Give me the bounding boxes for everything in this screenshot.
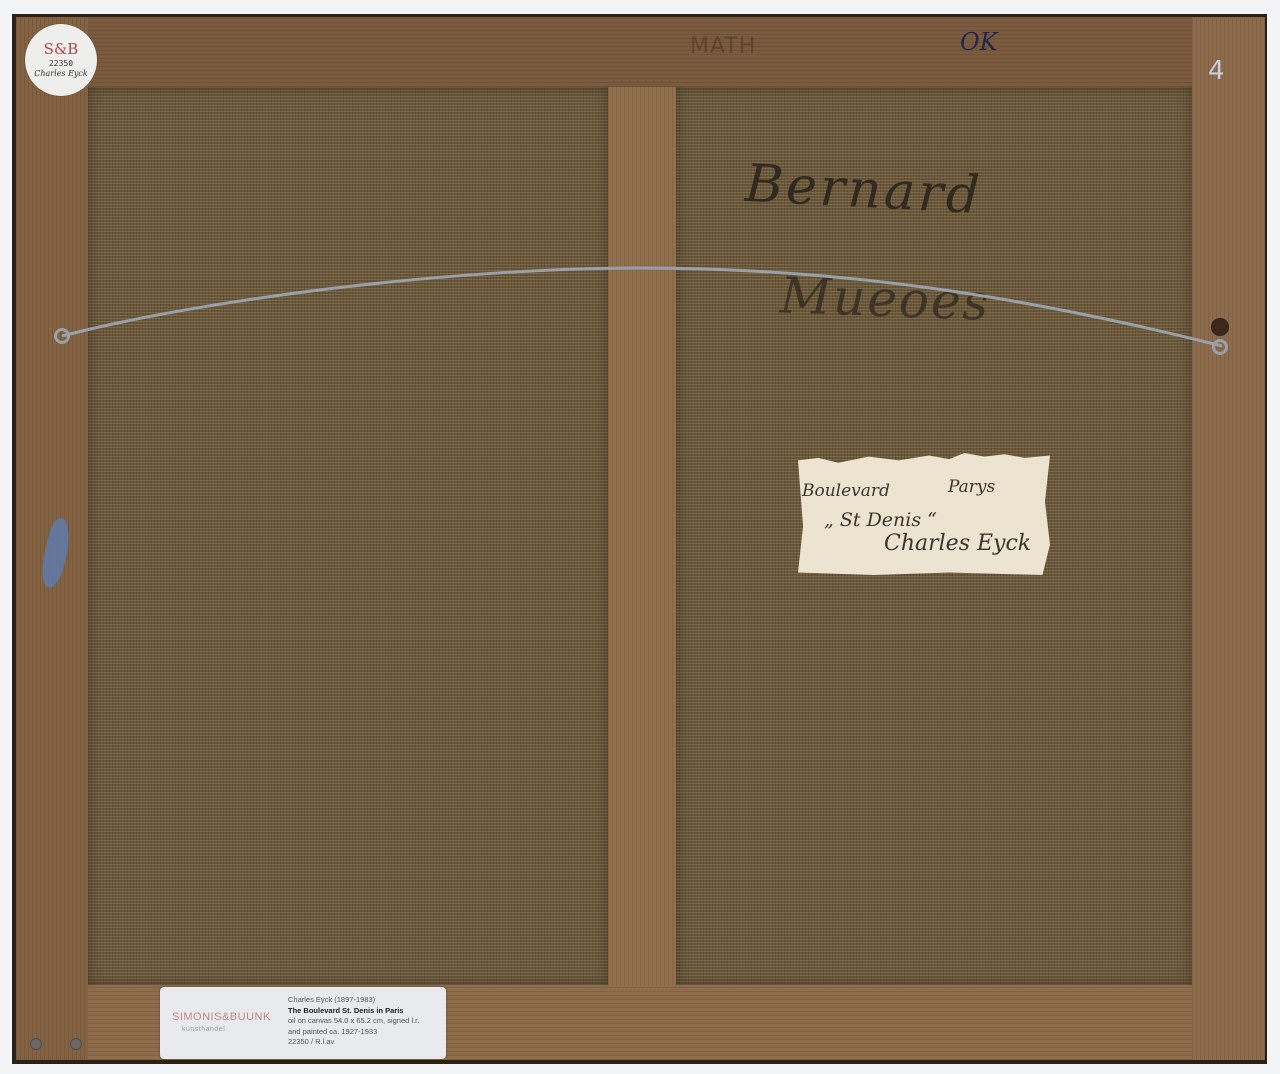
ink-top-mark: OK <box>960 28 998 56</box>
corner-number-mark: 4 <box>1208 56 1225 86</box>
sb-inventory-sticker: S&B 22350 Charles Eyck <box>25 24 97 96</box>
sticker-artist-name: Charles Eyck <box>34 69 88 79</box>
label-info: Charles Eyck (1897-1983) The Boulevard S… <box>288 995 419 1048</box>
faint-top-inscription: MATH <box>690 34 756 59</box>
label-brand: SIMONIS&BUUNK <box>172 1011 271 1023</box>
stretcher-bar-right <box>1192 17 1265 1060</box>
note-line-parys: Parys <box>948 477 995 497</box>
handwritten-paper-note: Boulevard „ St Denis “ Parys Charles Eyc… <box>798 453 1050 575</box>
canvas-left-panel <box>88 87 608 985</box>
note-line-boulevard: Boulevard <box>802 481 890 501</box>
wire-eyelet-left <box>54 328 70 344</box>
stretcher-bar-top <box>16 17 1265 87</box>
pencil-inscription-line1: Bernard <box>744 154 984 226</box>
screw-bottom-left-2 <box>70 1038 82 1050</box>
label-date: and painted ca. 1927-1933 <box>288 1027 419 1038</box>
gallery-label: SIMONIS&BUUNK kunsthandel Charles Eyck (… <box>160 987 446 1059</box>
knot-hole <box>1211 318 1229 336</box>
screw-bottom-left-1 <box>30 1038 42 1050</box>
label-medium: oil on canvas 54.0 x 65.2 cm, signed l.r… <box>288 1016 419 1027</box>
wire-eyelet-right <box>1212 339 1228 355</box>
sticker-number: 22350 <box>49 59 73 69</box>
label-title: The Boulevard St. Denis in Paris <box>288 1006 419 1017</box>
label-inventory: 22350 / R.l.av <box>288 1037 419 1048</box>
label-tagline: kunsthandel <box>182 1026 225 1033</box>
note-line-st-denis: „ St Denis “ <box>824 509 937 531</box>
label-artist: Charles Eyck (1897-1983) <box>288 995 419 1006</box>
stretcher-center-brace <box>608 87 676 985</box>
pencil-inscription-line2: Mueoes <box>779 266 991 331</box>
sticker-logo: S&B <box>44 41 79 57</box>
note-signature: Charles Eyck <box>884 531 1031 556</box>
painting-back-photo: MATH OK 4 Bernard Mueoes S&B 22350 Charl… <box>0 0 1280 1074</box>
